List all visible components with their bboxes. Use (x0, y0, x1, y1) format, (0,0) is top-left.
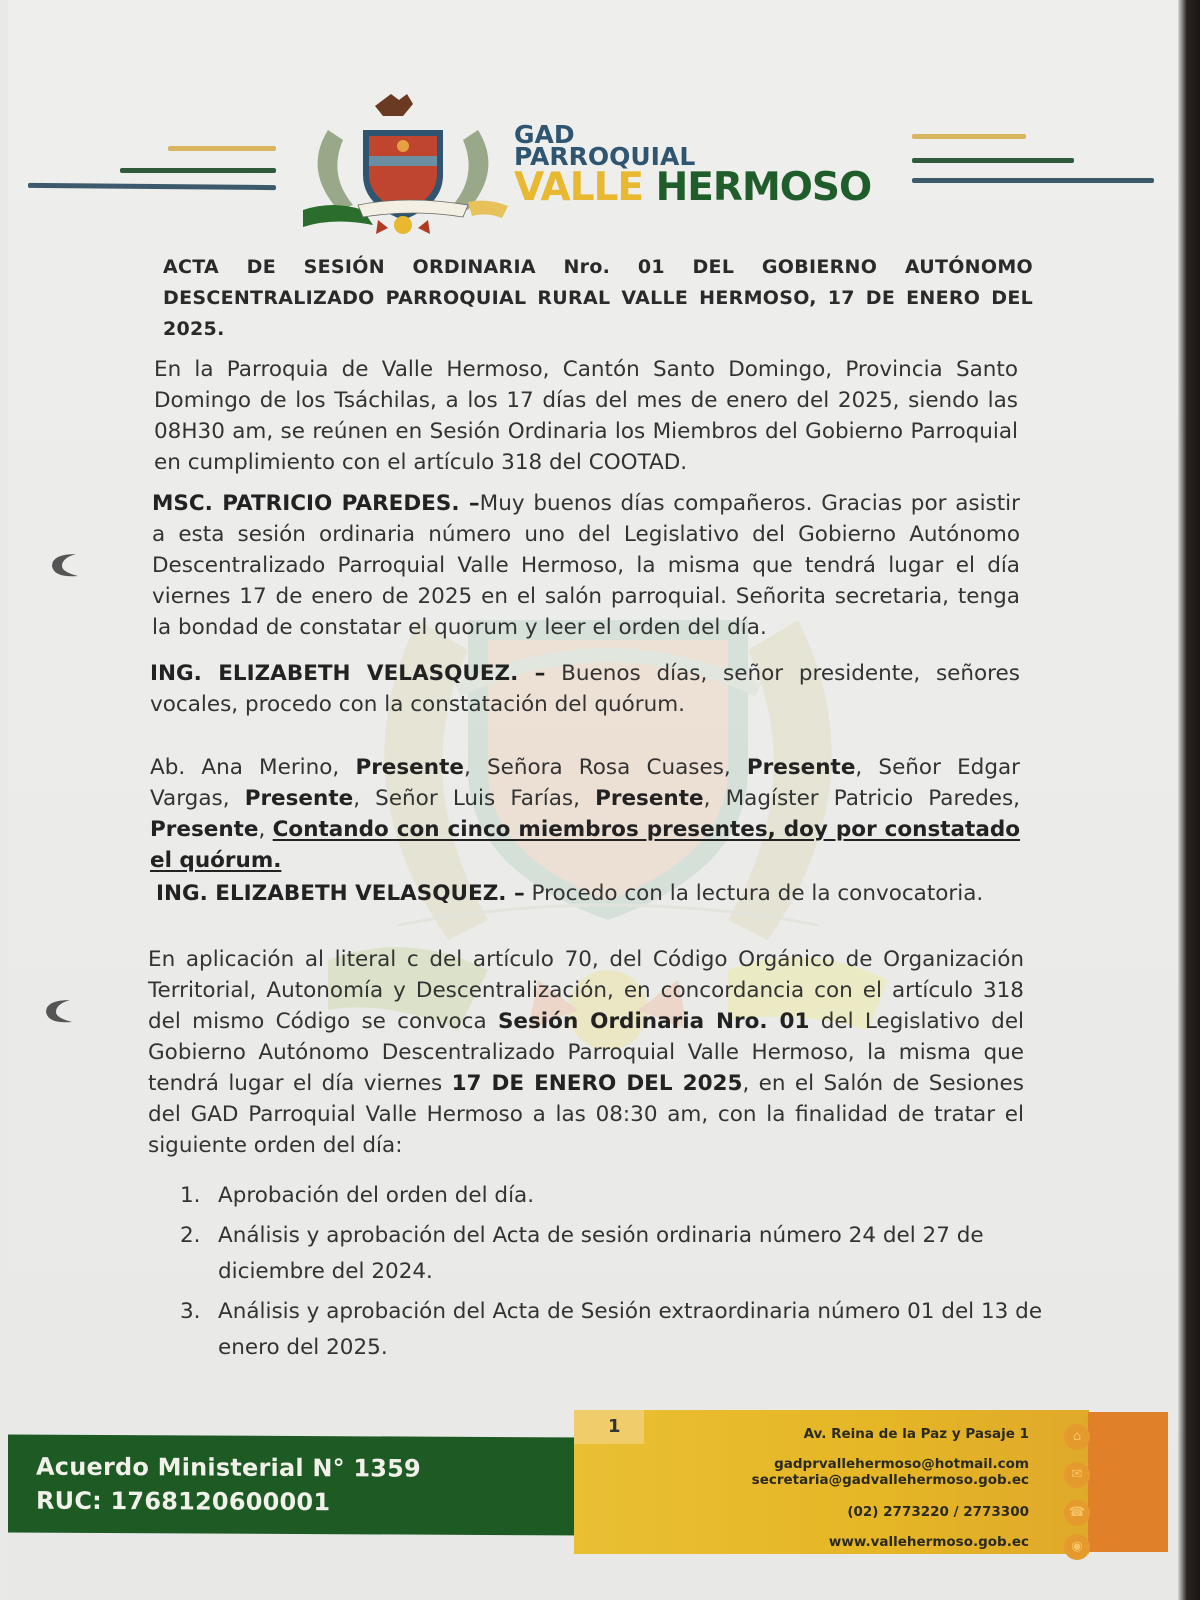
home-icon: ⌂ (1064, 1424, 1090, 1450)
footer-email-1[interactable]: gadprvallehermoso@hotmail.com (774, 1456, 1029, 1472)
footer-website[interactable]: www.vallehermoso.gob.ec (829, 1534, 1029, 1550)
header-line-green-right (912, 158, 1074, 163)
agenda-text: Análisis y aprobación del Acta de sesión… (218, 1218, 1060, 1290)
intro-paragraph: En la Parroquia de Valle Hermoso, Cantón… (154, 354, 1018, 478)
agenda-number: 1. (180, 1178, 218, 1214)
header-line-gold-left (168, 146, 276, 151)
quorum-conclusion: Contando con cinco miembros presentes, d… (150, 817, 1020, 873)
acuerdo-ministerial: Acuerdo Ministerial N° 1359 (36, 1453, 421, 1483)
member-status: Presente (355, 755, 464, 780)
brand-hermoso: HERMOSO (656, 165, 872, 210)
member-name: , Señora Rosa Cuases, (464, 755, 747, 780)
speech-text: Procedo con la lectura de la convocatori… (525, 881, 984, 906)
footer-phone: (02) 2773220 / 2773300 (847, 1504, 1029, 1520)
speech-paredes: MSC. PATRICIO PAREDES. –Muy buenos días … (152, 488, 1020, 643)
member-name: , Señor Luis Farías, (353, 786, 595, 811)
agenda-item: 3.Análisis y aprobación del Acta de Sesi… (180, 1294, 1060, 1366)
agenda-text: Aprobación del orden del día. (218, 1178, 1060, 1214)
footer-legal-band: Acuerdo Ministerial N° 1359 RUC: 1768120… (8, 1434, 588, 1535)
session-date: 17 DE ENERO DEL 2025 (452, 1071, 743, 1096)
footer-orange-strip: ⌂ ✉ ☎ ◉ (1088, 1412, 1168, 1552)
session-name: Sesión Ordinaria Nro. 01 (498, 1009, 809, 1034)
speaker-name: ING. ELIZABETH VELASQUEZ. – (156, 881, 525, 906)
member-status: Presente (245, 786, 354, 811)
member-status: Presente (747, 755, 856, 780)
header-line-gold-right (912, 134, 1026, 139)
web-icon: ◉ (1064, 1534, 1090, 1560)
member-name: Ab. Ana Merino, (150, 755, 355, 780)
convocatoria-paragraph: En aplicación al literal c del artículo … (148, 944, 1024, 1161)
footer-contact-band: 1 Av. Reina de la Paz y Pasaje 1 gadprva… (574, 1410, 1089, 1554)
header-line-blue-right (912, 178, 1154, 183)
speech-velasquez-1: ING. ELIZABETH VELASQUEZ. – Buenos días,… (150, 658, 1020, 720)
member-name: , Magíster Patricio Paredes, (704, 786, 1020, 811)
parish-crest-icon (298, 90, 518, 240)
document-title: ACTA DE SESIÓN ORDINARIA Nro. 01 DEL GOB… (163, 252, 1033, 345)
punch-hole-bottom (40, 994, 80, 1028)
member-status: Presente (595, 786, 704, 811)
phone-icon: ☎ (1064, 1500, 1090, 1526)
footer-address: Av. Reina de la Paz y Pasaje 1 (804, 1426, 1029, 1442)
brand-wordmark: GAD PARROQUIAL VALLE HERMOSO (514, 124, 871, 208)
agenda-item: 2.Análisis y aprobación del Acta de sesi… (180, 1218, 1060, 1290)
page-number: 1 (574, 1410, 644, 1444)
header-line-blue-left (28, 183, 276, 190)
speech-velasquez-2: ING. ELIZABETH VELASQUEZ. – Procedo con … (156, 878, 1026, 909)
header-line-green-left (120, 168, 276, 173)
agenda-item: 1.Aprobación del orden del día. (180, 1178, 1060, 1214)
footer-email-2[interactable]: secretaria@gadvallehermoso.gob.ec (752, 1472, 1029, 1488)
page-edge-shadow (1178, 0, 1200, 1600)
speaker-name: ING. ELIZABETH VELASQUEZ. – (150, 661, 545, 686)
punch-hole-top (46, 548, 86, 582)
speaker-name: MSC. PATRICIO PAREDES. – (152, 491, 480, 516)
ruc-number: RUC: 1768120600001 (36, 1487, 330, 1517)
agenda-list: 1.Aprobación del orden del día. 2.Anális… (180, 1178, 1060, 1370)
agenda-text: Análisis y aprobación del Acta de Sesión… (218, 1294, 1060, 1366)
agenda-number: 3. (180, 1294, 218, 1366)
mail-icon: ✉ (1064, 1462, 1090, 1488)
document-page: GAD PARROQUIAL VALLE HERMOSO ACTA DE SES… (8, 0, 1178, 1600)
brand-valle: VALLE (514, 165, 643, 210)
member-status: Presente (150, 817, 259, 842)
roll-call-paragraph: Ab. Ana Merino, Presente, Señora Rosa Cu… (150, 752, 1020, 876)
agenda-number: 2. (180, 1218, 218, 1290)
